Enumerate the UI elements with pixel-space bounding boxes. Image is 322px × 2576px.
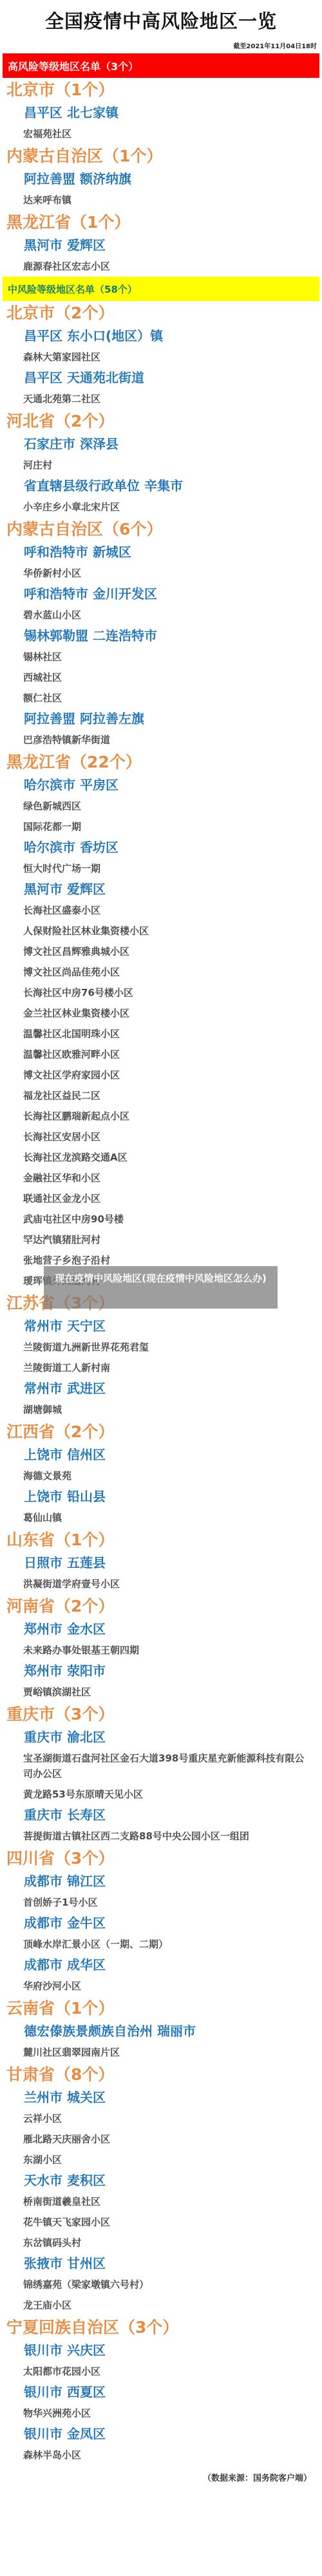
city-district-heading: 哈尔滨市 香坊区 <box>0 837 322 858</box>
city-district-heading: 银川市 西夏区 <box>0 2382 322 2403</box>
province-heading: 内蒙古自治区（6个） <box>0 517 322 542</box>
community-item: 宝圣湖街道石盘河社区金石大道398号重庆星充新能源科技有限公司办公区 <box>0 1748 322 1784</box>
community-item: 额仁社区 <box>0 688 322 708</box>
community-item: 长海社区盛泰小区 <box>0 900 322 921</box>
city-district-heading: 郑州市 金水区 <box>0 1619 322 1640</box>
city-district-heading: 呼和浩特市 金川开发区 <box>0 584 322 605</box>
city-district-heading: 常州市 天宁区 <box>0 1316 322 1337</box>
province-heading: 重庆市（3个） <box>0 1702 322 1727</box>
community-item: 湖塘御城 <box>0 1399 322 1420</box>
community-item: 锦绣嘉苑（梁家墩镇六号村） <box>0 2274 322 2295</box>
community-item: 罕达汽镇猪肚河村 <box>0 1229 322 1250</box>
city-district-heading: 呼和浩特市 新城区 <box>0 542 322 563</box>
community-item: 锡林社区 <box>0 647 322 667</box>
community-item: 宏福苑社区 <box>0 124 322 144</box>
city-district-heading: 德宏傣族景颇族自治州 瑞丽市 <box>0 2021 322 2042</box>
province-heading: 山东省（1个） <box>0 1528 322 1552</box>
community-item: 温馨社区欧雅河畔小区 <box>0 1044 322 1065</box>
city-district-heading: 重庆市 长寿区 <box>0 1805 322 1826</box>
community-item: 顶峰水岸汇景小区（一期、二期） <box>0 1934 322 1955</box>
community-item: 绿色新城西区 <box>0 796 322 816</box>
high-risk-band: 高风险等级地区名单（3个） <box>3 53 319 78</box>
city-district-heading: 天水市 麦积区 <box>0 2170 322 2191</box>
city-district-heading: 上饶市 铅山县 <box>0 1486 322 1507</box>
community-item: 达来呼布镇 <box>0 190 322 210</box>
community-item: 葛仙山镇 <box>0 1507 322 1528</box>
community-item: 长海社区龙滨路交通A区 <box>0 1147 322 1168</box>
province-heading: 河南省（2个） <box>0 1594 322 1619</box>
community-item: 森林半岛小区 <box>0 2445 322 2465</box>
community-item: 博文社区尚品佳苑小区 <box>0 962 322 982</box>
community-item: 国际花都一期 <box>0 816 322 837</box>
community-item: 温馨社区北国明珠小区 <box>0 1024 322 1044</box>
city-district-heading: 银川市 兴庆区 <box>0 2340 322 2361</box>
city-district-heading: 上饶市 信州区 <box>0 1444 322 1466</box>
community-item: 森林大第家园社区 <box>0 347 322 367</box>
province-heading: 江西省（2个） <box>0 1420 322 1444</box>
community-item: 华府沙河小区 <box>0 1976 322 1996</box>
data-source-note: （数据来源：国务院客户端） <box>0 2469 322 2489</box>
caption-overlay: 现在疫情中风险地区(现在疫情中风险地区怎么办) <box>44 1266 278 1309</box>
province-heading: 北京市（2个） <box>0 301 322 326</box>
community-item: 长海社区鹏瑞新起点小区 <box>0 1106 322 1127</box>
community-item: 长海社区安居小区 <box>0 1127 322 1147</box>
community-item: 联通社区金龙小区 <box>0 1188 322 1209</box>
community-item: 金融社区华和小区 <box>0 1168 322 1188</box>
community-item: 未来路办事处银基王朝四期 <box>0 1640 322 1661</box>
city-district-heading: 黑河市 爱辉区 <box>0 879 322 900</box>
high-risk-list: 北京市（1个）昌平区 北七家镇宏福苑社区内蒙古自治区（1个）阿拉善盟 额济纳旗达… <box>0 78 322 277</box>
city-district-heading: 哈尔滨市 平房区 <box>0 775 322 796</box>
community-item: 云祥小区 <box>0 2108 322 2129</box>
province-heading: 河北省（2个） <box>0 409 322 434</box>
community-item: 贾峪镇滨湖社区 <box>0 1682 322 1702</box>
city-district-heading: 阿拉善盟 阿拉善左旗 <box>0 708 322 730</box>
risk-area-list-page: 全国疫情中高风险地区一览 截至2021年11月04日18时 高风险等级地区名单（… <box>0 0 322 2489</box>
community-item: 巴彦浩特镇新华街道 <box>0 730 322 750</box>
community-item: 太阳都市花园小区 <box>0 2361 322 2382</box>
community-item: 麓川社区翡翠园南片区 <box>0 2042 322 2063</box>
city-district-heading: 省直辖县级行政单位 辛集市 <box>0 475 322 497</box>
city-district-heading: 兰州市 城关区 <box>0 2087 322 2108</box>
community-item: 菩提街道古镇社区西二支路88号中央公园小区一组团 <box>0 1826 322 1846</box>
community-item: 博文社区昌辉雅典城小区 <box>0 941 322 962</box>
city-district-heading: 日照市 五莲县 <box>0 1552 322 1574</box>
community-item: 花牛镇天飞家园小区 <box>0 2212 322 2232</box>
page-title: 全国疫情中高风险地区一览 <box>0 0 322 40</box>
community-item: 龙王庙小区 <box>0 2295 322 2315</box>
community-item: 海德文景苑 <box>0 1466 322 1486</box>
community-item: 恒大时代广场一期 <box>0 858 322 879</box>
city-district-heading: 成都市 锦江区 <box>0 1871 322 1892</box>
province-heading: 四川省（3个） <box>0 1846 322 1871</box>
province-heading: 北京市（1个） <box>0 78 322 102</box>
province-heading: 内蒙古自治区（1个） <box>0 144 322 169</box>
community-item: 鹿源春社区宏志小区 <box>0 256 322 277</box>
community-item: 雁北路天庆丽舍小区 <box>0 2129 322 2149</box>
community-item: 碧水蓝山小区 <box>0 605 322 625</box>
city-district-heading: 常州市 武进区 <box>0 1378 322 1399</box>
community-item: 河庄村 <box>0 455 322 475</box>
community-item: 天通北苑第二社区 <box>0 389 322 409</box>
city-district-heading: 昌平区 北七家镇 <box>0 102 322 124</box>
province-heading: 宁夏回族自治区（3个） <box>0 2315 322 2340</box>
city-district-heading: 成都市 金牛区 <box>0 1913 322 1934</box>
community-item: 洪凝街道学府壹号小区 <box>0 1574 322 1594</box>
community-item: 东湖小区 <box>0 2149 322 2170</box>
mid-risk-list: 北京市（2个）昌平区 东小口(地区）镇森林大第家园社区昌平区 天通苑北街道天通北… <box>0 301 322 2465</box>
city-district-heading: 银川市 金凤区 <box>0 2424 322 2445</box>
city-district-heading: 昌平区 天通苑北街道 <box>0 367 322 389</box>
community-item: 金兰社区林业集资楼小区 <box>0 1003 322 1024</box>
as-of-timestamp: 截至2021年11月04日18时 <box>0 41 322 53</box>
city-district-heading: 昌平区 东小口(地区）镇 <box>0 326 322 347</box>
community-item: 华侨新村小区 <box>0 563 322 584</box>
province-heading: 黑龙江省（1个） <box>0 210 322 235</box>
community-item: 小辛庄乡小章北宋片区 <box>0 497 322 517</box>
community-item: 东岔镇码头村 <box>0 2232 322 2253</box>
city-district-heading: 黑河市 爱辉区 <box>0 235 322 256</box>
community-item: 人保财险社区林业集资楼小区 <box>0 921 322 941</box>
city-district-heading: 重庆市 渝北区 <box>0 1727 322 1748</box>
community-item: 兰陵街道工人新村南 <box>0 1357 322 1378</box>
community-item: 武庙屯社区中房90号楼 <box>0 1209 322 1229</box>
community-item: 首创娇子1号小区 <box>0 1892 322 1913</box>
province-heading: 甘肃省（8个） <box>0 2063 322 2087</box>
community-item: 西城社区 <box>0 667 322 688</box>
city-district-heading: 成都市 成华区 <box>0 1955 322 1976</box>
community-item: 博文社区学府家园小区 <box>0 1065 322 1085</box>
province-heading: 云南省（1个） <box>0 1996 322 2021</box>
city-district-heading: 郑州市 荥阳市 <box>0 1661 322 1682</box>
community-item: 黄龙路53号东原晴天见小区 <box>0 1784 322 1805</box>
city-district-heading: 张掖市 甘州区 <box>0 2253 322 2274</box>
province-heading: 黑龙江省（22个） <box>0 750 322 775</box>
city-district-heading: 阿拉善盟 额济纳旗 <box>0 169 322 190</box>
mid-risk-band: 中风险等级地区名单（58个） <box>3 277 319 301</box>
community-item: 物华兴洲苑小区 <box>0 2403 322 2424</box>
community-item: 福龙社区益民二区 <box>0 1085 322 1106</box>
community-item: 长海社区中房76号楼小区 <box>0 982 322 1003</box>
city-district-heading: 锡林郭勒盟 二连浩特市 <box>0 625 322 647</box>
city-district-heading: 石家庄市 深泽县 <box>0 434 322 455</box>
community-item: 桥南街道羲皇社区 <box>0 2191 322 2212</box>
community-item: 兰陵街道九洲新世界花苑君玺 <box>0 1337 322 1357</box>
